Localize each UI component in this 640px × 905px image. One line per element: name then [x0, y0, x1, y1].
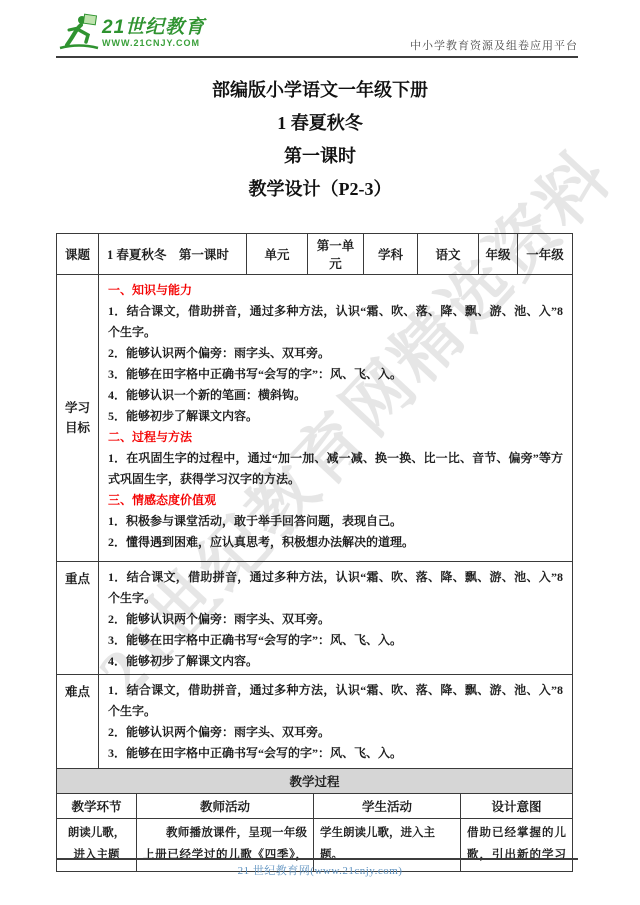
doc-title-lesson: 1 春夏秋冬 — [0, 107, 640, 140]
goals-row: 学习 目标 一、知识与能力1．结合课文，借助拼音，通过多种方法，认识“霜、吹、落… — [57, 275, 573, 562]
col-header-stage: 教学环节 — [57, 794, 137, 819]
logo-url: www.21cnjy.com — [102, 38, 205, 48]
logo-text: 21世纪教育 www.21cnjy.com — [102, 18, 205, 48]
doc-title-period: 第一课时 — [0, 140, 640, 173]
col-header-student: 学生活动 — [314, 794, 461, 819]
process-title: 教学过程 — [57, 769, 573, 794]
text-line-item: 1．结合课文，借助拼音，通过多种方法，认识“霜、吹、落、降、飘、游、池、入”8个… — [108, 680, 563, 722]
text-line-heading: 一、知识与能力 — [108, 280, 563, 301]
footer-rule — [56, 858, 578, 860]
page-header: 21世纪教育 www.21cnjy.com 中小学教育资源及组卷应用平台 — [56, 12, 578, 58]
text-line-item: 5．能够初步了解课文内容。 — [108, 406, 563, 427]
col-header-teacher: 教师活动 — [137, 794, 314, 819]
process-table: 教学过程 教学环节 教师活动 学生活动 设计意图 朗读儿歌， 进入主题 教师播放… — [56, 768, 573, 872]
text-line-item: 3．能够在田字格中正确书写“会写的字”：风、飞、入。 — [108, 743, 563, 764]
doc-title-design: 教学设计（P2-3） — [0, 173, 640, 206]
doc-title-book: 部编版小学语文一年级下册 — [0, 74, 640, 107]
key-points-row: 重点 1．结合课文，借助拼音，通过多种方法，认识“霜、吹、落、降、飘、游、池、入… — [57, 562, 573, 675]
lesson-plan-tables: 课题 1 春夏秋冬 第一课时 单元 第一单元 学科 语文 年级 一年级 学习 目… — [56, 233, 572, 872]
value-grade: 一年级 — [518, 234, 573, 275]
text-line-item: 3．能够在田字格中正确书写“会写的字”：风、飞、入。 — [108, 630, 563, 651]
text-line-item: 2．能够认识两个偏旁：雨字头、双耳旁。 — [108, 722, 563, 743]
text-line-item: 4．能够认识一个新的笔画：横斜钩。 — [108, 385, 563, 406]
info-table: 课题 1 春夏秋冬 第一课时 单元 第一单元 学科 语文 年级 一年级 学习 目… — [56, 233, 573, 769]
value-topic: 1 春夏秋冬 第一课时 — [99, 234, 247, 275]
label-topic: 课题 — [57, 234, 99, 275]
document-page: 21世纪教育网精选资料 21世纪教育 www.21cnjy.com 中小学教育资… — [0, 0, 640, 905]
goals-label: 学习 目标 — [57, 275, 99, 562]
difficult-points-content: 1．结合课文，借助拼音，通过多种方法，认识“霜、吹、落、降、飘、游、池、入”8个… — [99, 675, 573, 769]
logo-title: 21世纪教育 — [102, 18, 205, 38]
goals-content: 一、知识与能力1．结合课文，借助拼音，通过多种方法，认识“霜、吹、落、降、飘、游… — [99, 275, 573, 562]
text-line-item: 1．积极参与课堂活动，敢于举手回答问题，表现自己。 — [108, 511, 563, 532]
text-line-item: 1．结合课文，借助拼音，通过多种方法，认识“霜、吹、落、降、飘、游、池、入”8个… — [108, 567, 563, 609]
header-tagline: 中小学教育资源及组卷应用平台 — [410, 37, 578, 53]
value-subject: 语文 — [418, 234, 479, 275]
text-line-item: 1．在巩固生字的过程中，通过“加一加、减一减、换一换、比一比、音节、偏旁”等方式… — [108, 448, 563, 490]
text-line-item: 1．结合课文，借助拼音，通过多种方法，认识“霜、吹、落、降、飘、游、池、入”8个… — [108, 301, 563, 343]
info-row: 课题 1 春夏秋冬 第一课时 单元 第一单元 学科 语文 年级 一年级 — [57, 234, 573, 275]
footer-link[interactable]: 21 世纪教育网(www.21cnjy.com) — [0, 862, 640, 878]
key-points-content: 1．结合课文，借助拼音，通过多种方法，认识“霜、吹、落、降、飘、游、池、入”8个… — [99, 562, 573, 675]
logo: 21世纪教育 www.21cnjy.com — [58, 12, 205, 54]
key-points-label: 重点 — [57, 562, 99, 675]
text-line-heading: 二、过程与方法 — [108, 427, 563, 448]
document-titles: 部编版小学语文一年级下册 1 春夏秋冬 第一课时 教学设计（P2-3） — [0, 74, 640, 206]
difficult-points-label: 难点 — [57, 675, 99, 769]
runner-icon — [58, 12, 100, 54]
text-line-item: 4．能够初步了解课文内容。 — [108, 651, 563, 672]
process-title-row: 教学过程 — [57, 769, 573, 794]
label-subject: 学科 — [364, 234, 418, 275]
text-line-heading: 三、情感态度价值观 — [108, 490, 563, 511]
text-line-item: 2．懂得遇到困难，应认真思考，积极想办法解决的道理。 — [108, 532, 563, 553]
difficult-points-row: 难点 1．结合课文，借助拼音，通过多种方法，认识“霜、吹、落、降、飘、游、池、入… — [57, 675, 573, 769]
col-header-intent: 设计意图 — [461, 794, 573, 819]
process-header-row: 教学环节 教师活动 学生活动 设计意图 — [57, 794, 573, 819]
value-unit: 第一单元 — [308, 234, 364, 275]
text-line-item: 2．能够认识两个偏旁：雨字头、双耳旁。 — [108, 343, 563, 364]
text-line-item: 2．能够认识两个偏旁：雨字头、双耳旁。 — [108, 609, 563, 630]
text-line-item: 3．能够在田字格中正确书写“会写的字”：风、飞、入。 — [108, 364, 563, 385]
label-grade: 年级 — [479, 234, 518, 275]
label-unit: 单元 — [247, 234, 308, 275]
